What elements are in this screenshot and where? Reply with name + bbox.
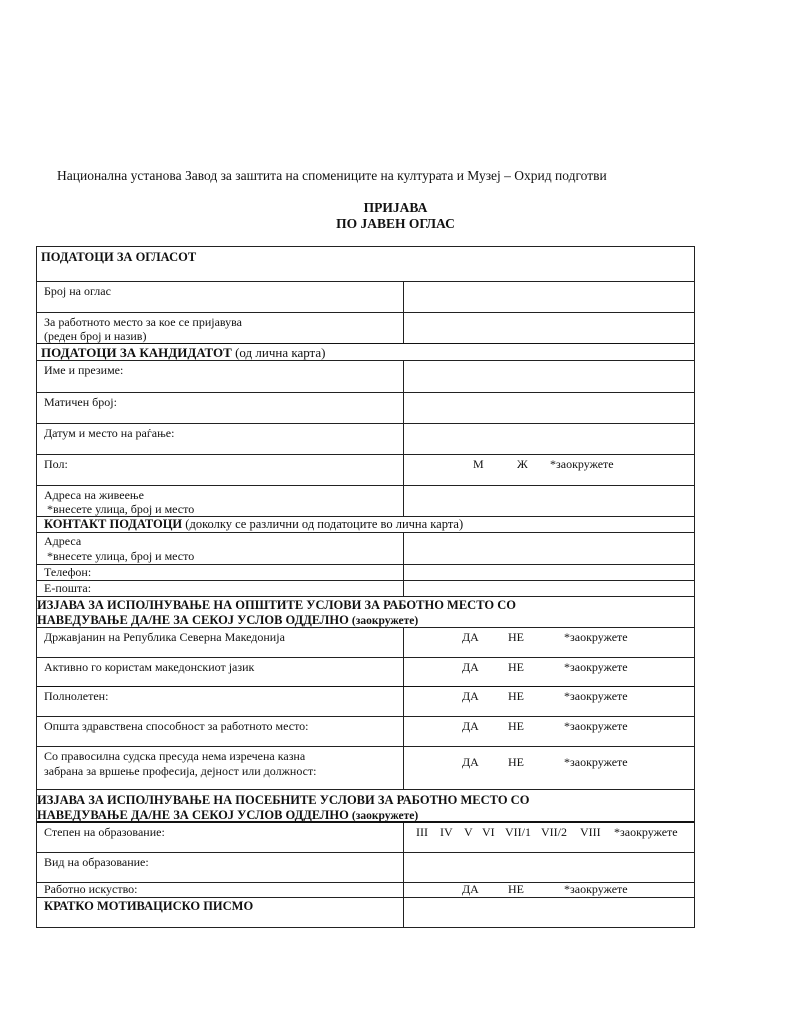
field-label: Број на оглас (44, 284, 111, 299)
application-form-table: ПОДАТОЦИ ЗА ОГЛАСОТ Број на оглас За раб… (36, 246, 694, 927)
circle-hint: *заокружете (564, 882, 628, 897)
section-title: ПОДАТОЦИ ЗА ОГЛАСОТ (41, 250, 196, 265)
section-title: КОНТАКТ ПОДАТОЦИ (44, 517, 182, 531)
row-citizen: Државјанин на Република Северна Македони… (36, 627, 694, 657)
field-label-hint: *внесете улица, број и место (44, 502, 194, 517)
phone-input[interactable] (404, 565, 694, 580)
edu-option-V[interactable]: V (464, 825, 473, 840)
column-divider (403, 628, 404, 657)
position-input[interactable] (404, 313, 694, 343)
section-title-line1: ИЗЈАВА ЗА ИСПОЛНУВАЊЕ НА ОПШТИТЕ УСЛОВИ … (37, 598, 516, 613)
edu-option-VIII[interactable]: VIII (580, 825, 601, 840)
option-yes[interactable]: ДА (462, 719, 479, 734)
row-experience: Работно искуство: ДА НЕ *заокружете (36, 882, 694, 897)
field-label: Вид на образование: (44, 855, 149, 870)
option-yes[interactable]: ДА (462, 882, 479, 897)
row-full-name: Име и презиме: (36, 360, 694, 392)
address-input[interactable] (404, 486, 694, 516)
row-language: Активно го користам македонскиот јазик Д… (36, 657, 694, 686)
section-contact-header: КОНТАКТ ПОДАТОЦИ (доколку се различни од… (36, 516, 694, 532)
column-divider (403, 747, 404, 789)
edu-type-input[interactable] (404, 853, 694, 882)
full-name-input[interactable] (404, 361, 694, 392)
row-adult: Полнолетен: ДА НЕ *заокружете (36, 686, 694, 716)
row-motivation: КРАТКО МОТИВАЦИСКО ПИСМО (36, 897, 694, 927)
field-label: Име и презиме: (44, 363, 123, 378)
field-label: Активно го користам македонскиот јазик (44, 660, 254, 675)
section-note: (од лична карта) (235, 345, 325, 360)
section-title-line2: НАВЕДУВАЊЕ ДА/НЕ ЗА СЕКОЈ УСЛОВ ОДДЕЛНО (37, 808, 349, 822)
field-label: Адреса на живеење (44, 488, 144, 503)
row-edu-type: Вид на образование: (36, 852, 694, 882)
field-label: Степен на образование: (44, 825, 165, 840)
option-male[interactable]: М (473, 457, 484, 472)
contact-address-input[interactable] (404, 533, 694, 564)
section-title-line1: ИЗЈАВА ЗА ИСПОЛНУВАЊЕ НА ПОСЕБНИТЕ УСЛОВ… (37, 793, 529, 808)
option-no[interactable]: НЕ (508, 630, 524, 645)
field-label-hint: *внесете улица, број и место (44, 549, 194, 564)
circle-hint: *заокружете (564, 689, 628, 704)
option-yes[interactable]: ДА (462, 630, 479, 645)
section-note: (заокружете) (352, 615, 418, 627)
field-label-hint: (реден број и назив) (44, 329, 146, 344)
option-no[interactable]: НЕ (508, 719, 524, 734)
option-yes[interactable]: ДА (462, 755, 479, 770)
circle-hint: *заокружете (564, 660, 628, 675)
row-ban: Со правосилна судска пресуда нема изрече… (36, 746, 694, 789)
field-label: Работно искуство: (44, 882, 138, 897)
field-label: За работното место за кое се пријавува (44, 315, 242, 330)
field-label: Датум и место на раѓање: (44, 426, 174, 441)
field-label: Полнолетен: (44, 689, 108, 704)
field-label: Матичен број: (44, 395, 117, 410)
field-label: Пол: (44, 457, 68, 472)
circle-hint: *заокружете (550, 457, 614, 472)
field-label: Адреса (44, 534, 81, 549)
field-label: Општа здравствена способност за работнот… (44, 719, 309, 734)
field-label: Е-пошта: (44, 581, 91, 596)
section-special-header: ИЗЈАВА ЗА ИСПОЛНУВАЊЕ НА ПОСЕБНИТЕ УСЛОВ… (36, 789, 694, 821)
id-number-input[interactable] (404, 393, 694, 423)
row-ad-number: Број на оглас (36, 281, 694, 312)
row-health: Општа здравствена способност за работнот… (36, 716, 694, 746)
form-subtitle: ПО ЈАВЕН ОГЛАС (0, 216, 791, 232)
option-no[interactable]: НЕ (508, 882, 524, 897)
row-sex: Пол: М Ж *заокружете (36, 454, 694, 485)
option-no[interactable]: НЕ (508, 689, 524, 704)
column-divider (403, 823, 404, 852)
row-phone: Телефон: (36, 564, 694, 580)
edu-option-VI[interactable]: VI (482, 825, 495, 840)
intro-text: Национална установа Завод за заштита на … (57, 168, 607, 184)
row-address: Адреса на живеење *внесете улица, број и… (36, 485, 694, 516)
circle-hint: *заокружете (614, 825, 678, 840)
section-title: ПОДАТОЦИ ЗА КАНДИДАТОТ (41, 345, 232, 360)
column-divider (403, 687, 404, 716)
option-no[interactable]: НЕ (508, 660, 524, 675)
row-position: За работното место за кое се пријавува (… (36, 312, 694, 343)
section-ad-header: ПОДАТОЦИ ЗА ОГЛАСОТ (36, 246, 694, 281)
field-label: Со правосилна судска пресуда нема изрече… (44, 749, 305, 764)
column-divider (403, 883, 404, 897)
field-label-cont: забрана за вршење професија, дејност или… (44, 764, 317, 779)
section-title-line2: НАВЕДУВАЊЕ ДА/НЕ ЗА СЕКОЈ УСЛОВ ОДДЕЛНО (37, 613, 349, 627)
section-general-header: ИЗЈАВА ЗА ИСПОЛНУВАЊЕ НА ОПШТИТЕ УСЛОВИ … (36, 596, 694, 627)
motivation-input[interactable] (404, 898, 694, 927)
option-female[interactable]: Ж (517, 457, 528, 472)
column-divider (403, 455, 404, 485)
option-yes[interactable]: ДА (462, 660, 479, 675)
edu-option-VII1[interactable]: VII/1 (505, 825, 531, 840)
circle-hint: *заокружете (564, 755, 628, 770)
email-input[interactable] (404, 581, 694, 596)
row-id-number: Матичен број: (36, 392, 694, 423)
section-title: КРАТКО МОТИВАЦИСКО ПИСМО (44, 899, 253, 914)
field-label: Државјанин на Република Северна Македони… (44, 630, 285, 645)
ad-number-input[interactable] (404, 282, 694, 312)
circle-hint: *заокружете (564, 630, 628, 645)
column-divider (403, 717, 404, 746)
birth-input[interactable] (404, 424, 694, 454)
section-note: (доколку се различни од податоците во ли… (185, 517, 463, 531)
row-edu-level: Степен на образование: III IV V VI VII/1… (36, 821, 694, 852)
column-divider (403, 658, 404, 686)
edu-option-VII2[interactable]: VII/2 (541, 825, 567, 840)
edu-option-IV[interactable]: IV (440, 825, 453, 840)
option-no[interactable]: НЕ (508, 755, 524, 770)
row-email: Е-пошта: (36, 580, 694, 596)
row-contact-address: Адреса *внесете улица, број и место (36, 532, 694, 564)
form-title: ПРИЈАВА (0, 200, 791, 216)
circle-hint: *заокружете (564, 719, 628, 734)
row-birth: Датум и место на раѓање: (36, 423, 694, 454)
field-label: Телефон: (44, 565, 91, 580)
edu-option-III[interactable]: III (416, 825, 428, 840)
section-candidate-header: ПОДАТОЦИ ЗА КАНДИДАТОТ (од лична карта) (36, 343, 694, 360)
option-yes[interactable]: ДА (462, 689, 479, 704)
